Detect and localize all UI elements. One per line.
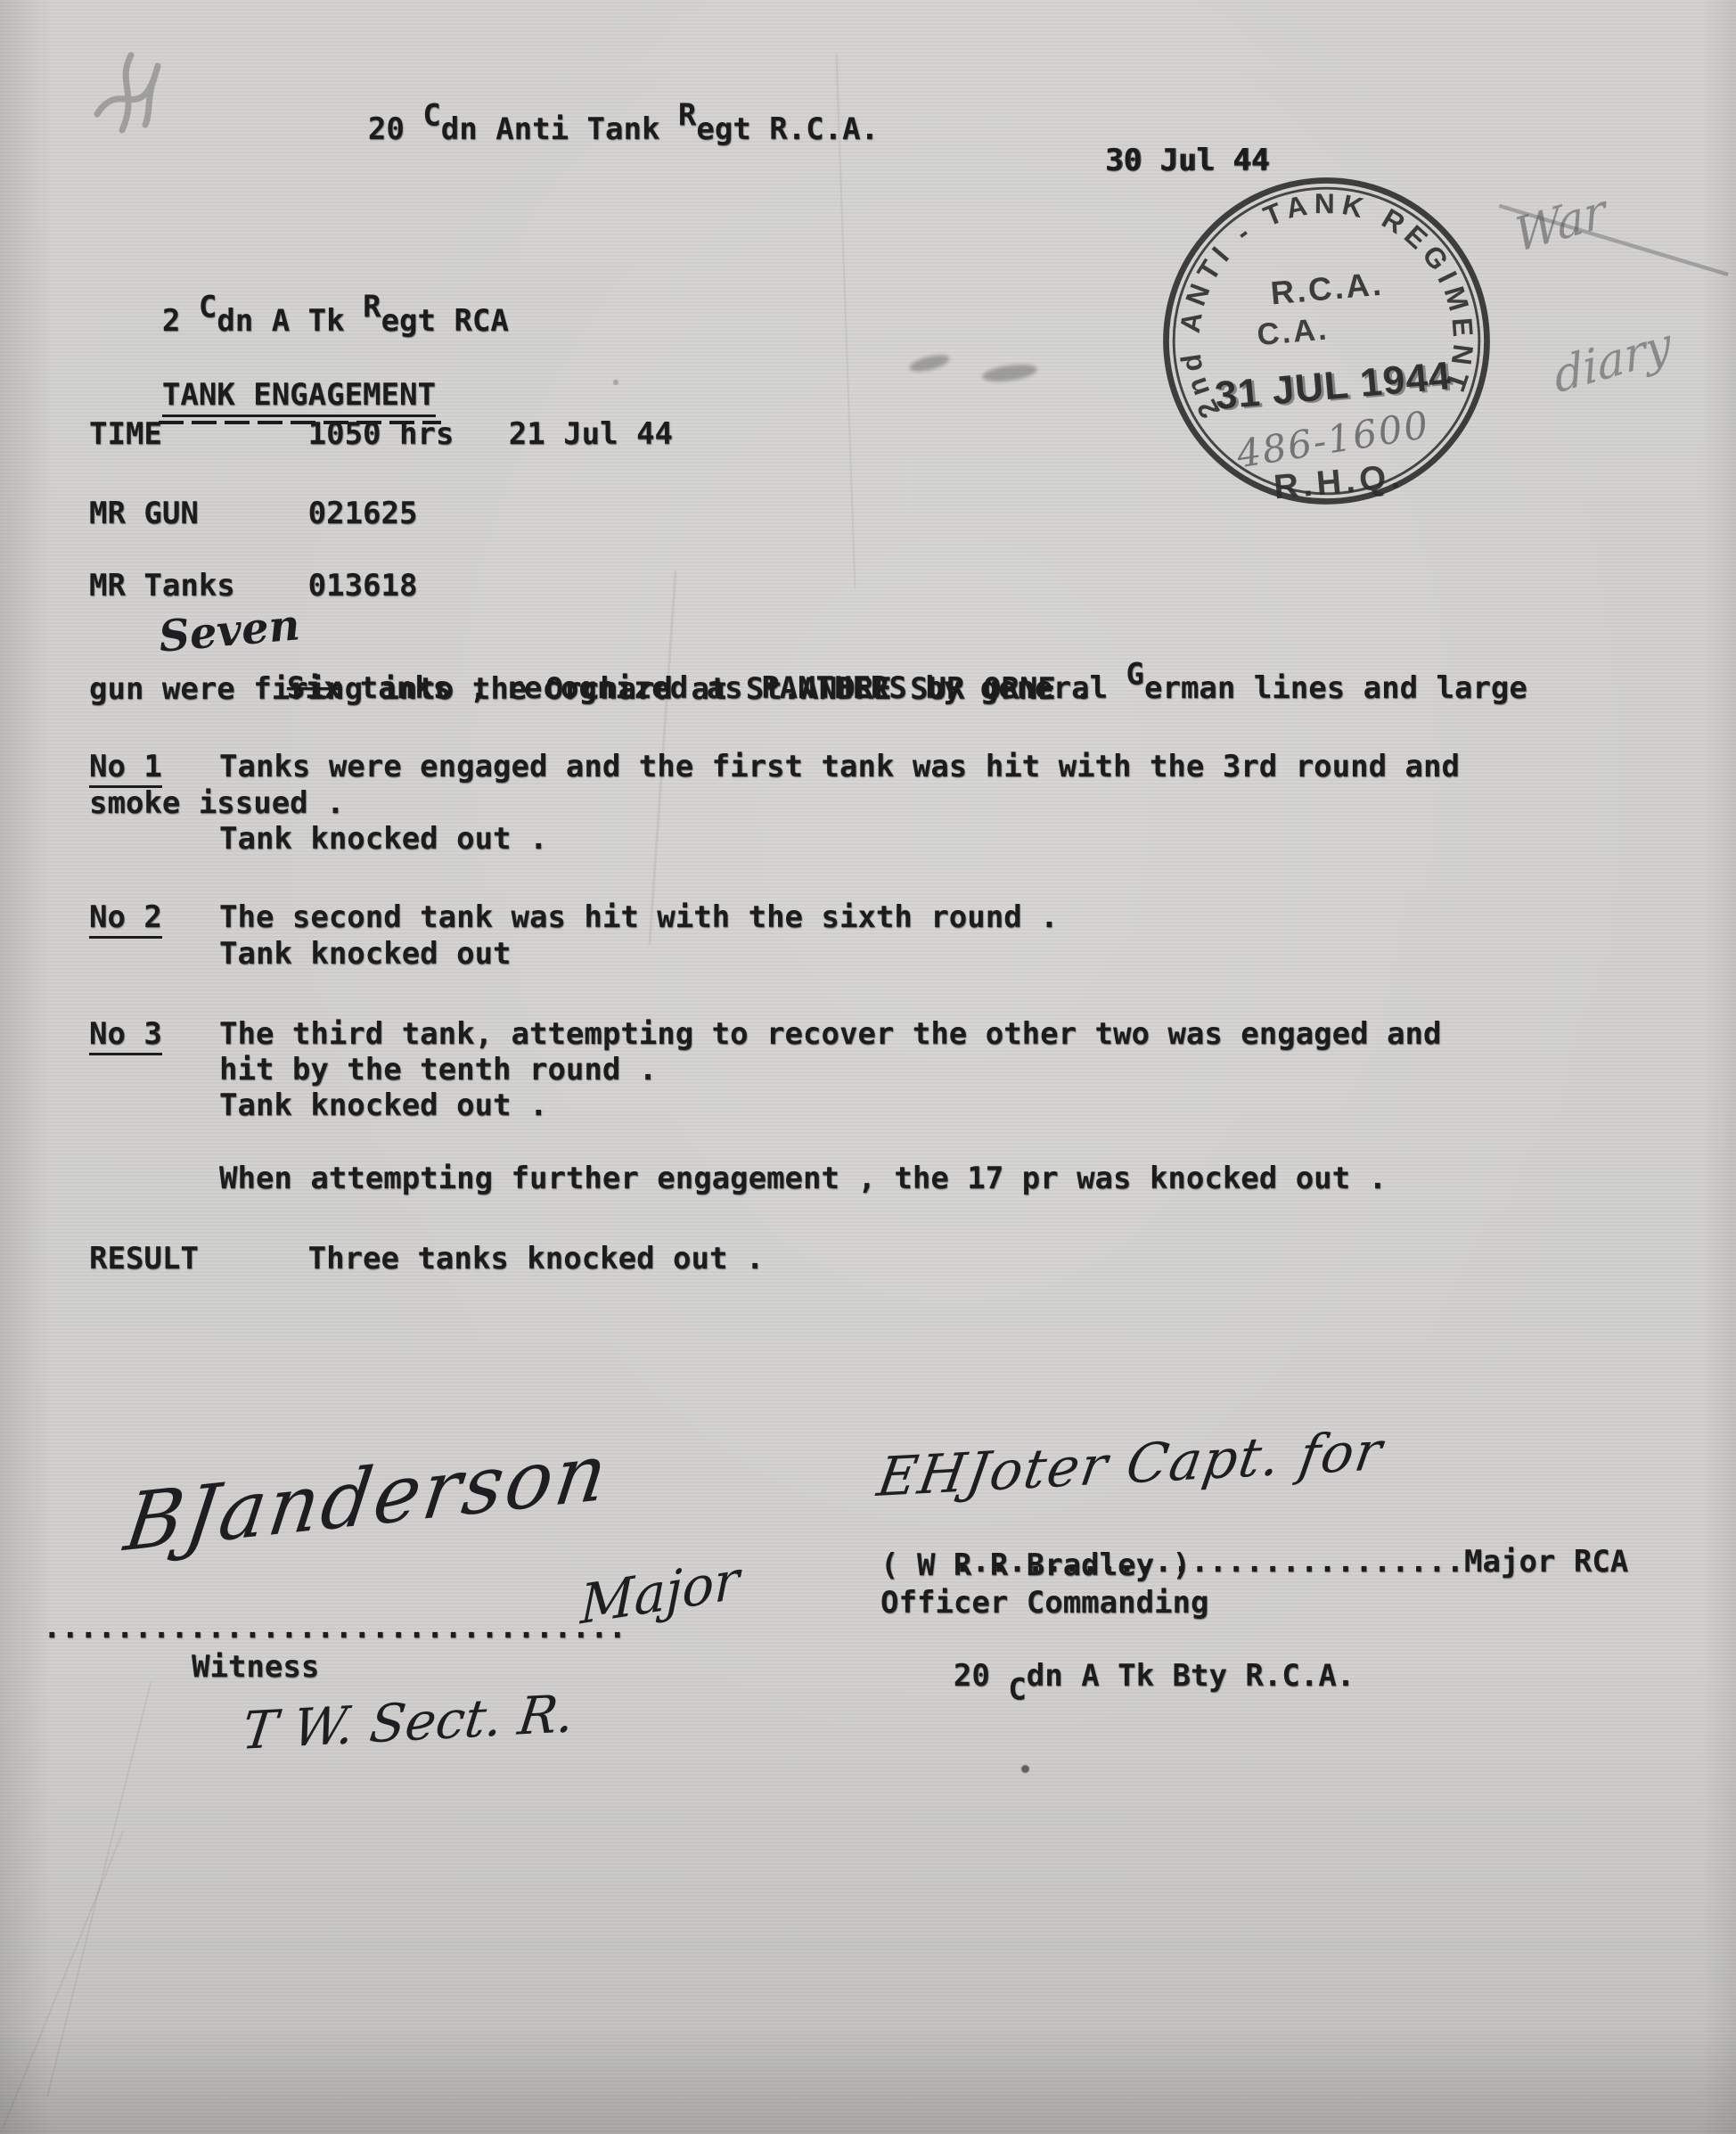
paper-crease: [3, 1830, 125, 2129]
officer-unit-text: dn A Tk Bty R.C.A.: [1027, 1658, 1355, 1694]
subscript-c: C: [1008, 1671, 1026, 1707]
map-ref-gun-row: MR GUN 021625: [89, 496, 417, 531]
superscript-r: R: [363, 290, 381, 325]
intro-text: erman lines and large: [1144, 670, 1527, 706]
officer-role: Officer Commanding: [880, 1585, 1208, 1621]
scanned-document-page: 20 Cdn Anti Tank Regt R.C.A. 30 Jul 44 W…: [0, 0, 1736, 2134]
item-number-text: No 2: [89, 899, 162, 939]
further-engagement-line: When attempting further engagement , the…: [219, 1161, 1387, 1196]
result-row: RESULT Three tanks knocked out .: [89, 1241, 764, 1276]
superscript-c: C: [199, 290, 217, 325]
superscript-g: G: [1126, 657, 1144, 693]
signature-officer: EHJoter Capt. for: [873, 1420, 1388, 1509]
unit-text: egt RCA: [381, 303, 509, 339]
item-line: hit by the tenth round .: [219, 1052, 657, 1088]
item-line: Tank knocked out .: [219, 821, 547, 857]
item-line: smoke issued .: [89, 785, 345, 821]
map-ref-tanks-row: MR Tanks 013618: [89, 568, 417, 603]
stamp-rca-text: R.C.A.: [1269, 266, 1385, 312]
signature-witness: BJanderson: [119, 1424, 615, 1569]
ink-smudge: [981, 362, 1038, 384]
item-number-text: No 3: [89, 1016, 162, 1055]
rubber-stamp: 2nd ANTI - TANK REGIMENT R.C.A. C.A. 31 …: [1141, 155, 1512, 527]
superscript-c: C: [422, 98, 440, 134]
item-number: No 1: [89, 749, 162, 784]
witness-label: Witness: [192, 1649, 319, 1685]
rank-text: Major RCA: [1464, 1544, 1628, 1580]
intro-line-2: gun were firing into the Orchard at St.A…: [89, 671, 1093, 707]
item-line: Tank knocked out: [219, 936, 512, 972]
letterhead-text: egt R.C.A.: [696, 111, 879, 147]
document-date: 30 Jul 44: [1105, 143, 1269, 178]
item-number: No 3: [89, 1016, 162, 1052]
time-row: TIME 1050 hrs 21 Jul 44: [89, 416, 673, 452]
ink-smudge: [908, 352, 951, 375]
item-line: The second tank was hit with the sixth r…: [219, 899, 1059, 935]
paper-crease: [46, 1682, 151, 2097]
letterhead: 20 Cdn Anti Tank Regt R.C.A.: [295, 76, 879, 183]
corner-note-line: diary: [1552, 320, 1674, 402]
item-number: No 2: [89, 899, 162, 935]
officer-unit-text: 20: [954, 1658, 1008, 1694]
ink-speck: [613, 380, 618, 385]
unit-text: dn A Tk: [217, 303, 363, 339]
signature-line-left: ................................: [43, 1610, 626, 1646]
pencil-scribble: [76, 43, 218, 159]
letterhead-text: dn Anti Tank: [441, 111, 678, 147]
item-line: Tanks were engaged and the first tank wa…: [219, 749, 1460, 784]
item-line: Tank knocked out .: [219, 1088, 547, 1123]
item-line: The third tank, attempting to recover th…: [219, 1016, 1441, 1052]
letterhead-text: 20: [368, 111, 422, 147]
superscript-r: R: [678, 98, 696, 134]
ink-speck: [1021, 1765, 1029, 1773]
report-title-text: TANK ENGAGEMENT: [162, 377, 436, 417]
stamp-ca-text: C.A.: [1256, 312, 1331, 352]
officer-unit: 20 Cdn A Tk Bty R.C.A.: [880, 1622, 1355, 1729]
corner-note-line: War: [1513, 173, 1658, 262]
unit-text: 2: [162, 303, 199, 339]
handwritten-corner-note: War diary: [1503, 74, 1683, 507]
handwritten-witness-note: T W. Sect. R.: [239, 1683, 577, 1761]
officer-name: ( W R R Bradley ): [880, 1547, 1191, 1583]
item-number-text: No 1: [89, 749, 162, 788]
